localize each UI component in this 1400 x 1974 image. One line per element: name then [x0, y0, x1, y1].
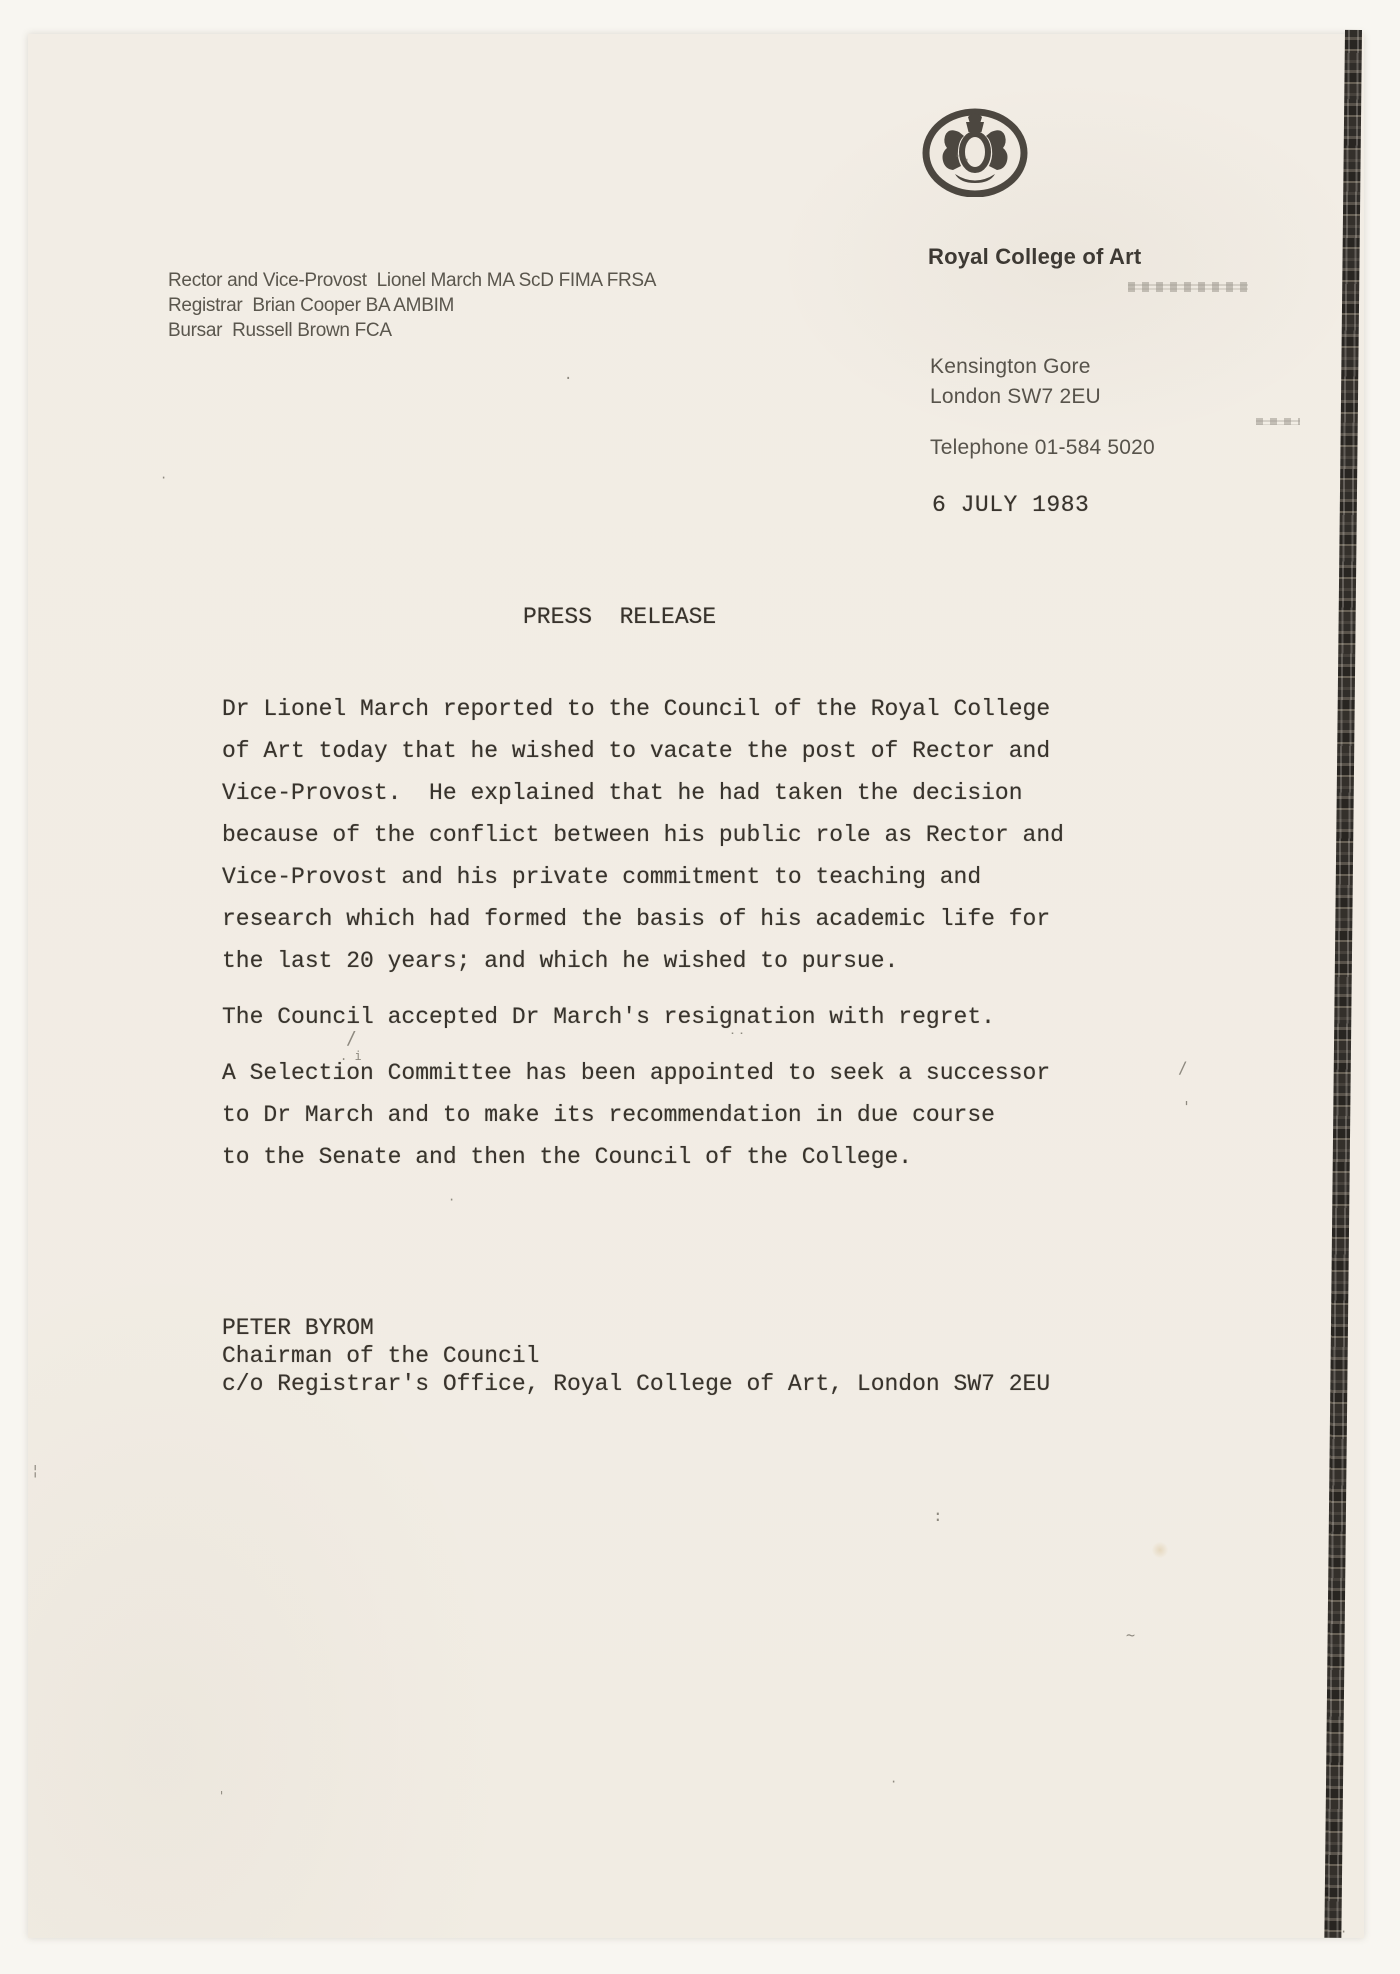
- scan-artifact: /: [346, 1030, 357, 1048]
- letter-page: Royal College of Art Rector and Vice-Pro…: [28, 34, 1364, 1938]
- body-line: the last 20 years; and which he wished t…: [222, 940, 1122, 982]
- address-block: Kensington GoreLondon SW7 2EU: [930, 352, 1101, 412]
- scan-artifact: ·: [890, 1776, 897, 1788]
- scan-artifact: ¦: [31, 1464, 39, 1478]
- scan-artifact: ·.: [953, 149, 971, 164]
- telephone-line: Telephone 01-584 5020: [930, 436, 1155, 460]
- address-line: Kensington Gore: [930, 352, 1101, 382]
- paragraph: The Council accepted Dr March's resignat…: [222, 996, 1122, 1038]
- body-line: research which had formed the basis of h…: [222, 898, 1122, 940]
- body-line: to Dr March and to make its recommendati…: [222, 1094, 1122, 1136]
- scan-artifact: [1128, 282, 1248, 292]
- org-name: Royal College of Art: [928, 244, 1141, 270]
- scan-artifact: ˙˙: [728, 1032, 746, 1047]
- paragraph: A Selection Committee has been appointed…: [222, 1052, 1122, 1178]
- scan-artifact: . i: [340, 1050, 362, 1062]
- body-line: The Council accepted Dr March's resignat…: [222, 996, 1122, 1038]
- body-line: to the Senate and then the Council of th…: [222, 1136, 1122, 1178]
- body-line: of Art today that he wished to vacate th…: [222, 730, 1122, 772]
- scan-artifact: [1256, 418, 1300, 425]
- body-line: Vice-Provost and his private commitment …: [222, 856, 1122, 898]
- scan-artifact: ·: [160, 472, 167, 484]
- scan-artifact: ·: [448, 1194, 455, 1206]
- scan-artifact: ·: [564, 372, 572, 386]
- signature-line: Chairman of the Council: [222, 1342, 1050, 1370]
- address-line: London SW7 2EU: [930, 382, 1101, 412]
- scan-artifact: ': [218, 1790, 225, 1802]
- royal-coat-of-arms-icon: [922, 107, 1028, 197]
- body-line: Dr Lionel March reported to the Council …: [222, 688, 1122, 730]
- scan-edge-strip: [1324, 30, 1362, 1938]
- scan-artifact: /: [1178, 1060, 1188, 1076]
- officer-line: Rector and Vice-Provost Lionel March MA …: [168, 268, 656, 293]
- date-line: 6 JULY 1983: [932, 492, 1089, 518]
- officers-block: Rector and Vice-Provost Lionel March MA …: [168, 268, 656, 343]
- paragraph: Dr Lionel March reported to the Council …: [222, 688, 1122, 982]
- scan-artifact: :: [933, 1508, 943, 1524]
- body-line: because of the conflict between his publ…: [222, 814, 1122, 856]
- body-line: Vice-Provost. He explained that he had t…: [222, 772, 1122, 814]
- scan-artifact: ~: [1126, 1628, 1135, 1643]
- signature-line: PETER BYROM: [222, 1314, 1050, 1342]
- letter-body: Dr Lionel March reported to the Council …: [222, 688, 1122, 1192]
- officer-line: Bursar Russell Brown FCA: [168, 318, 656, 343]
- press-release-heading: PRESS RELEASE: [523, 604, 716, 630]
- scanner-background: Royal College of Art Rector and Vice-Pro…: [0, 0, 1400, 1974]
- officer-line: Registrar Brian Cooper BA AMBIM: [168, 293, 656, 318]
- signature-line: c/o Registrar's Office, Royal College of…: [222, 1370, 1050, 1398]
- signature-block: PETER BYROMChairman of the Councilc/o Re…: [222, 1314, 1050, 1398]
- scan-artifact: ': [1182, 1100, 1191, 1115]
